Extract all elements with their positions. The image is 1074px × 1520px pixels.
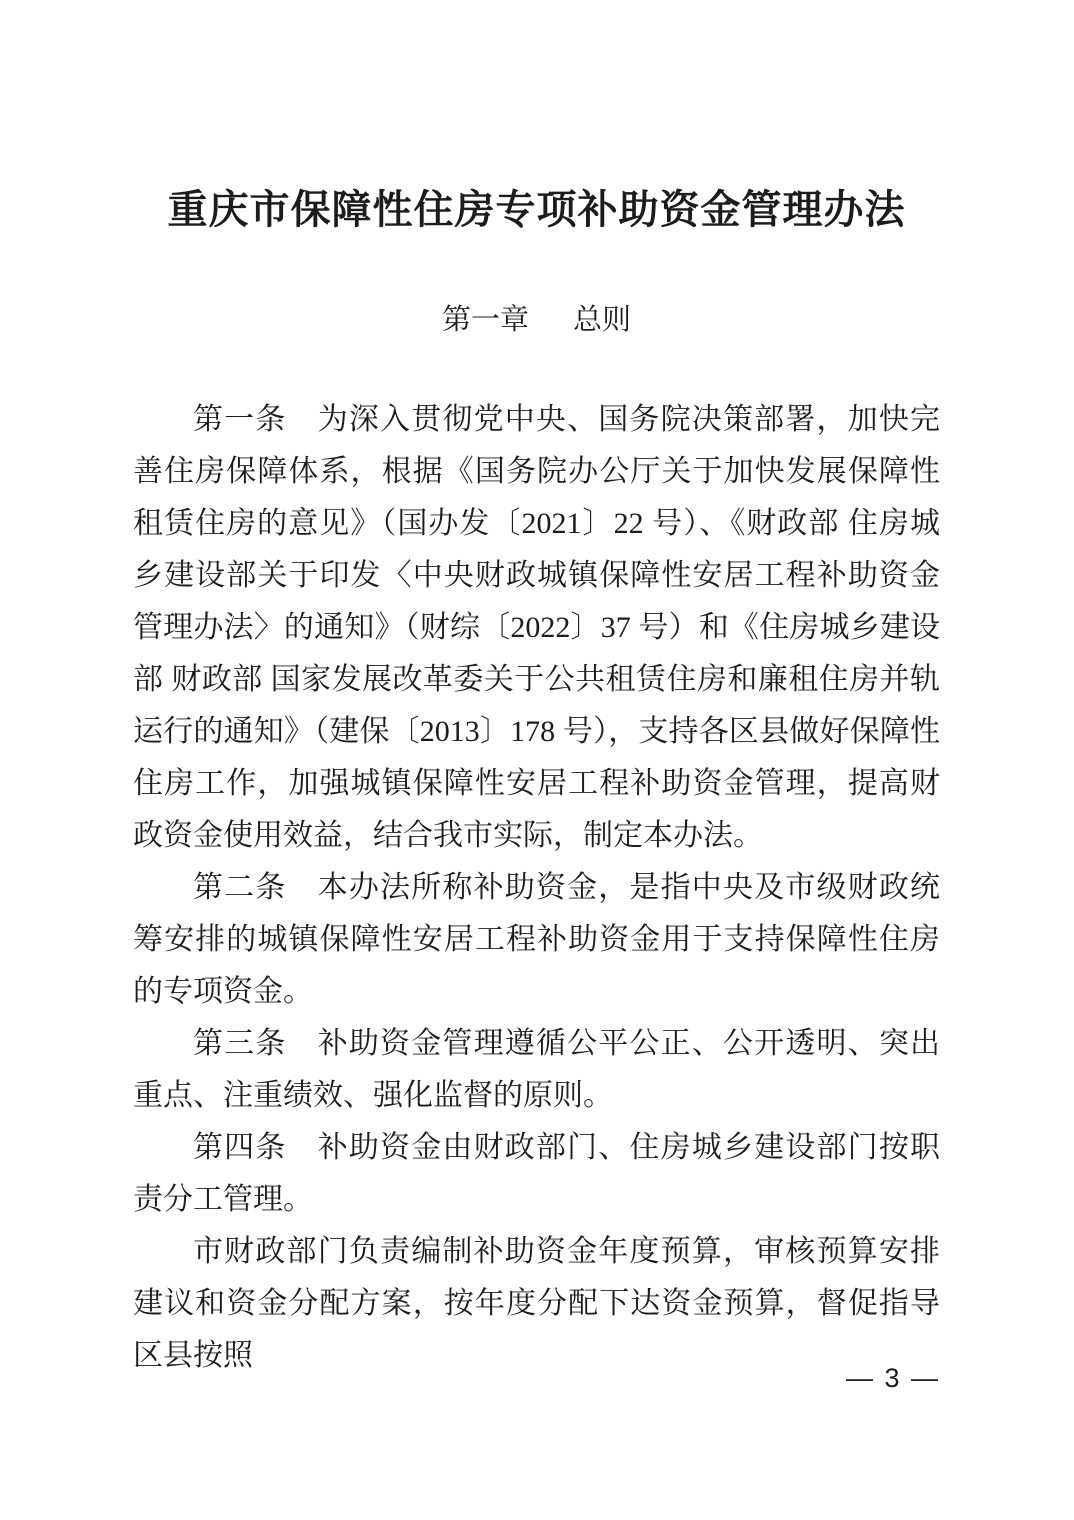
- document-body: 第一条 为深入贯彻党中央、国务院决策部署，加快完善住房保障体系，根据《国务院办公…: [133, 394, 940, 1382]
- paragraph: 市财政部门负责编制补助资金年度预算，审核预算安排建议和资金分配方案，按年度分配下…: [133, 1226, 940, 1382]
- document-page: 重庆市保障性住房专项补助资金管理办法 第一章总则 第一条 为深入贯彻党中央、国务…: [0, 0, 1074, 1520]
- paragraph: 第四条 补助资金由财政部门、住房城乡建设部门按职责分工管理。: [133, 1122, 940, 1226]
- paragraph: 第三条 补助资金管理遵循公平公正、公开透明、突出重点、注重绩效、强化监督的原则。: [133, 1018, 940, 1122]
- document-title: 重庆市保障性住房专项补助资金管理办法: [133, 186, 940, 234]
- chapter-name: 总则: [573, 304, 631, 336]
- paragraph: 第一条 为深入贯彻党中央、国务院决策部署，加快完善住房保障体系，根据《国务院办公…: [133, 394, 940, 862]
- paragraph: 第二条 本办法所称补助资金，是指中央及市级财政统筹安排的城镇保障性安居工程补助资…: [133, 862, 940, 1018]
- chapter-heading: 第一章总则: [133, 302, 940, 338]
- chapter-number: 第一章: [442, 304, 529, 336]
- document-content: 重庆市保障性住房专项补助资金管理办法 第一章总则 第一条 为深入贯彻党中央、国务…: [133, 0, 940, 1382]
- page-number: — 3 —: [846, 1365, 940, 1392]
